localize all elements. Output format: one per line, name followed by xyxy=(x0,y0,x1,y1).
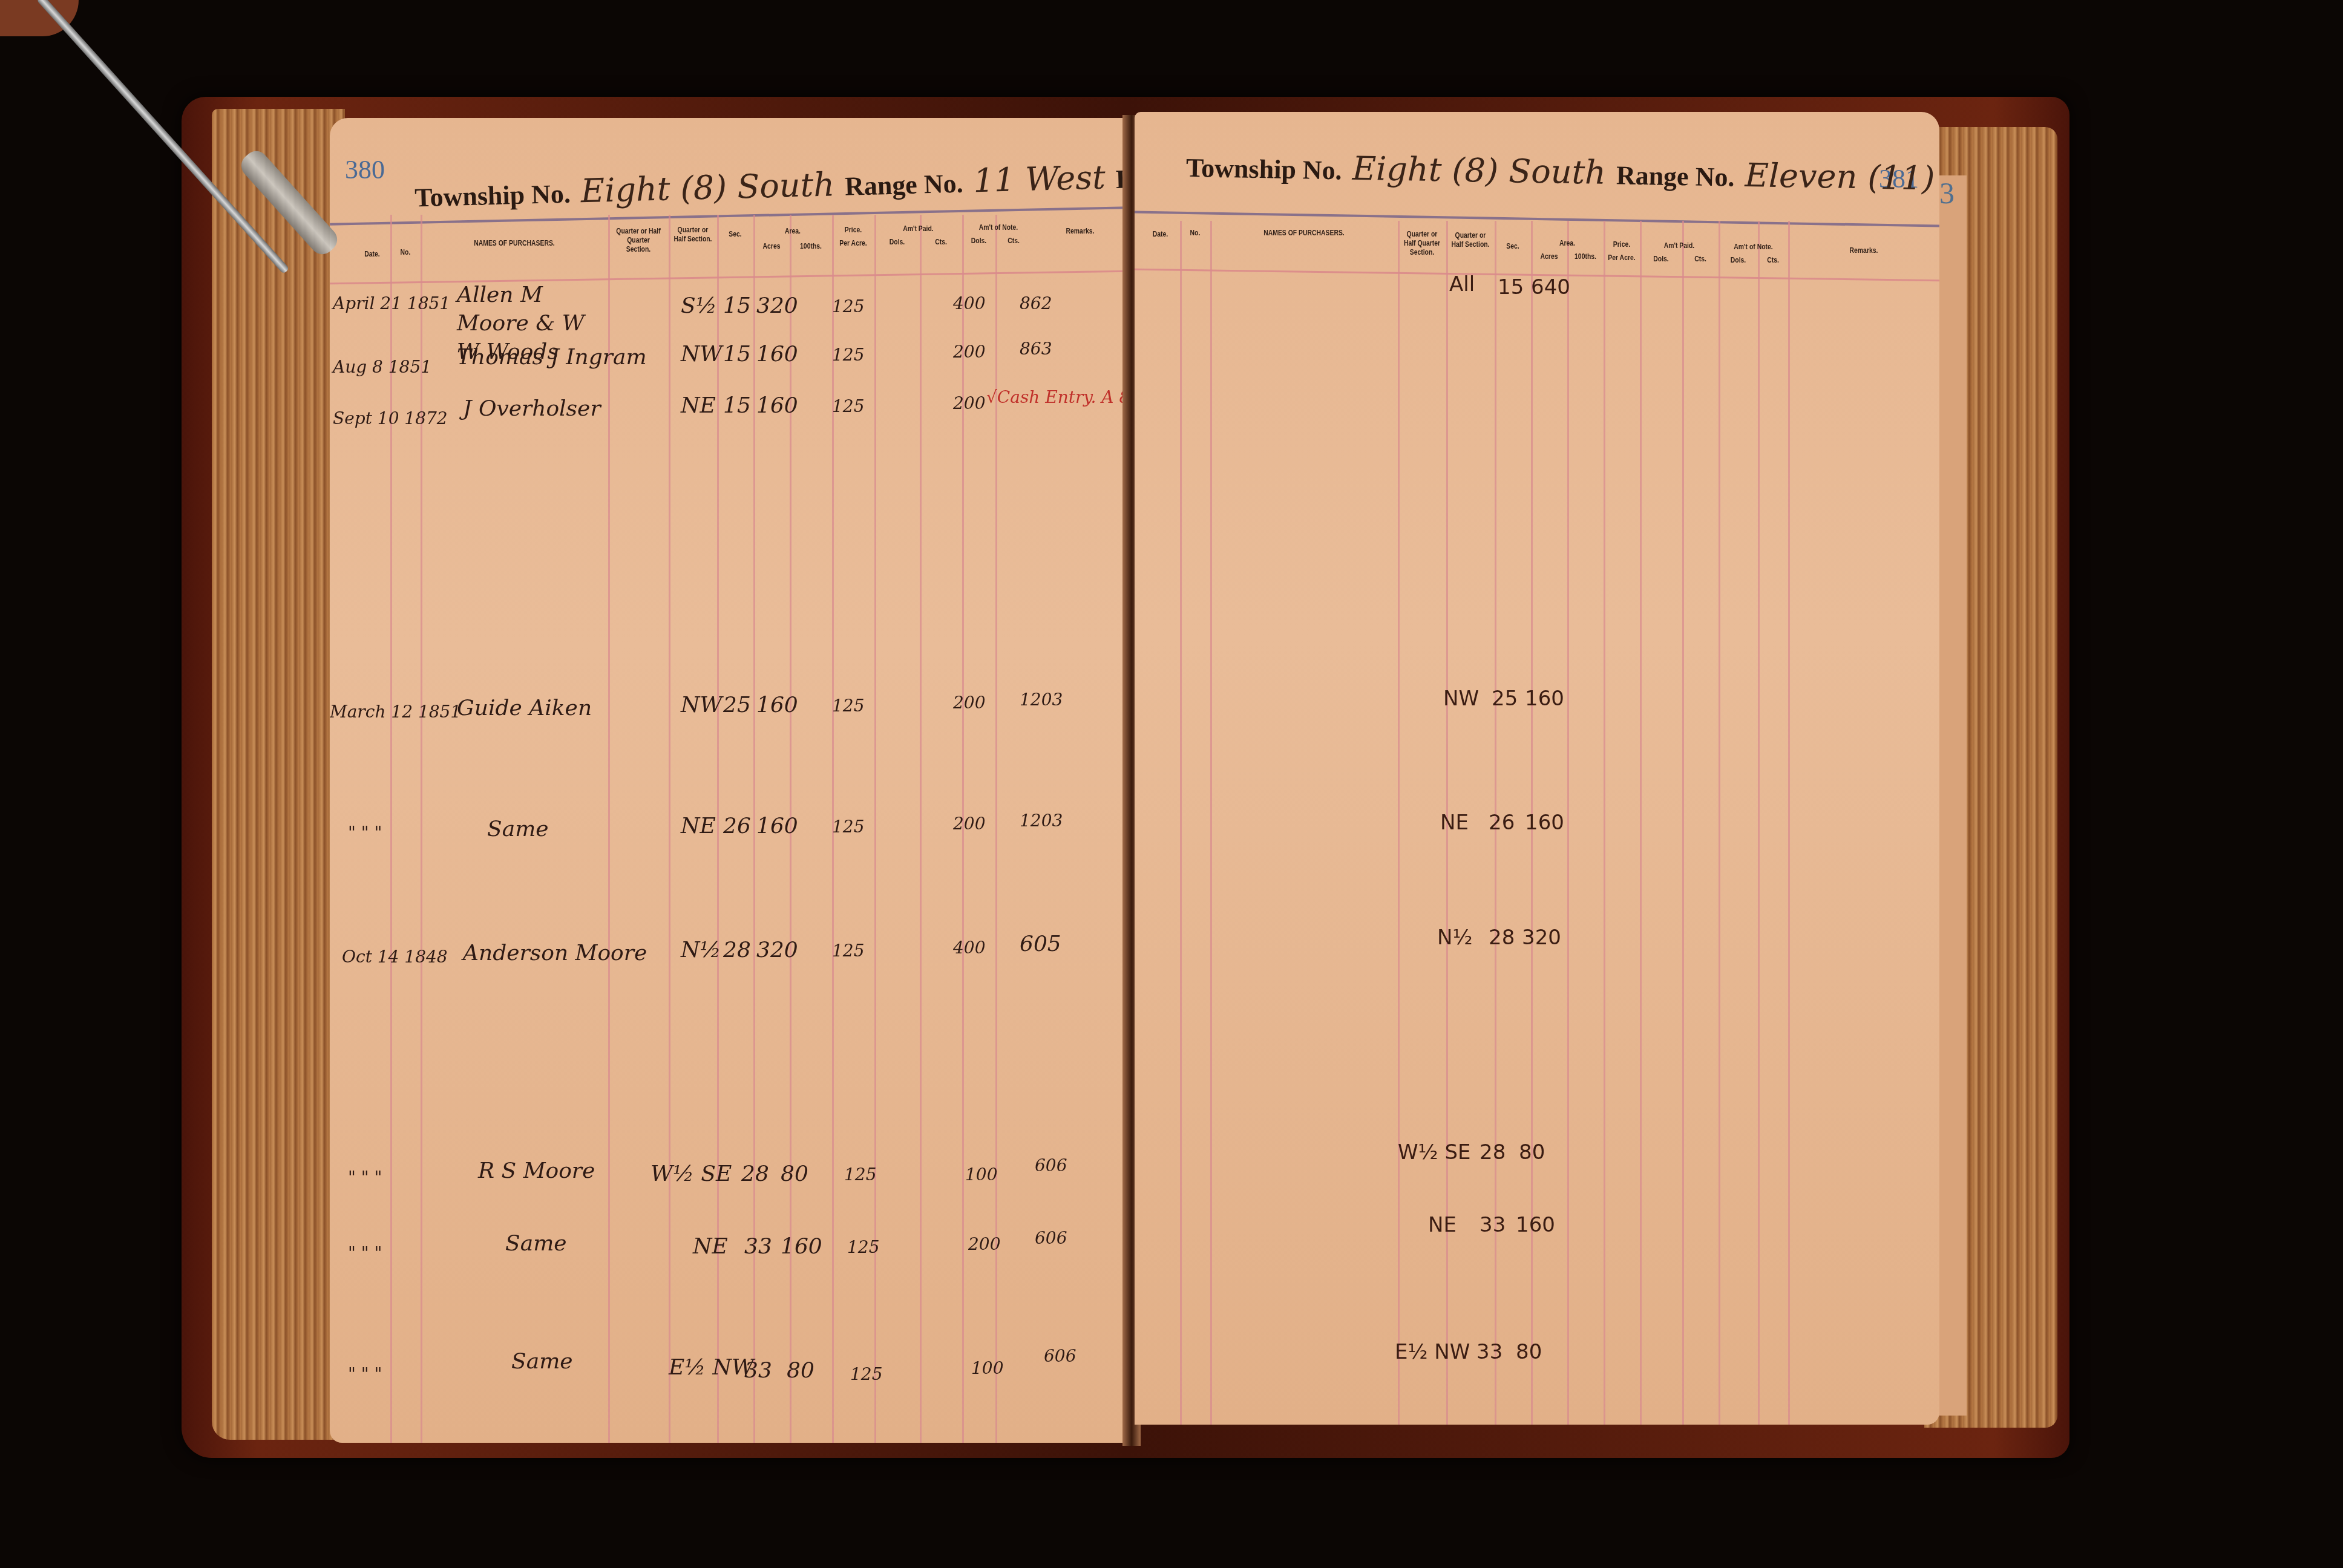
page-number: 380 xyxy=(345,154,385,185)
column-header-paid-dols: Dols. xyxy=(879,238,916,247)
entry-name: Anderson Moore xyxy=(463,941,647,965)
entry-acres: 160 xyxy=(756,342,798,367)
entry-note: 200 xyxy=(953,393,985,413)
entry-price: 125 xyxy=(832,696,864,716)
entry-price: 125 xyxy=(847,1237,879,1257)
entry-sec: 28 xyxy=(1489,926,1515,950)
entry-part: NE xyxy=(681,393,716,418)
entry-note: 400 xyxy=(953,293,985,313)
entry-part: E½ NW xyxy=(669,1355,754,1380)
entry-price: 125 xyxy=(850,1364,882,1384)
column-header-qh: Quarter or Half Section. xyxy=(673,226,712,244)
entry-name: Guide Aiken xyxy=(457,696,592,720)
column-header-paid-dols: Dols. xyxy=(1644,255,1678,264)
column-header-sec: Sec. xyxy=(721,230,750,239)
column-header-price: Price. xyxy=(836,226,870,235)
entry-acres: 160 xyxy=(1525,687,1564,711)
page-edges-left xyxy=(212,109,345,1440)
column-header-acres: Acres xyxy=(757,242,786,251)
entry-date: " " " xyxy=(348,1243,382,1263)
entry-note: 200 xyxy=(968,1234,1000,1254)
column-header-qhq: Quarter or Half Quarter Section. xyxy=(1403,230,1441,257)
column-header-note-dols: Dols. xyxy=(1723,256,1754,265)
entry-sec: 33 xyxy=(1476,1340,1502,1364)
column-header-area: Area. xyxy=(1538,239,1596,248)
entry-acres: 80 xyxy=(1516,1340,1542,1364)
entry-sec: 25 xyxy=(1492,687,1518,711)
entry-remarks: 606 xyxy=(1035,1228,1067,1248)
entry-part: NW xyxy=(681,342,723,367)
right-page: 381 Township No. Eight (8) South Range N… xyxy=(1135,112,1939,1425)
column-header-note-cts: Cts. xyxy=(999,237,1028,246)
column-header-note-cts: Cts. xyxy=(1761,256,1785,265)
entry-acres: 160 xyxy=(781,1234,822,1259)
column-header-amt-paid: Am't Paid. xyxy=(1648,241,1711,250)
column-header-names: NAMES OF PURCHASERS. xyxy=(439,239,589,248)
township-label: Township No. xyxy=(415,179,571,213)
column-header-100ths: 100ths. xyxy=(794,242,828,251)
column-header-names: NAMES OF PURCHASERS. xyxy=(1229,229,1379,238)
entry-sec: 33 xyxy=(744,1358,772,1383)
entry-part: E½ NW xyxy=(1395,1340,1470,1364)
entry-date: " " " xyxy=(348,1168,382,1187)
entry-date: Sept 10 1872 xyxy=(333,408,448,428)
entry-sec: 33 xyxy=(1480,1213,1506,1237)
next-page-edge xyxy=(1936,175,1967,1416)
page-title: Township No. Eight (8) South Range No. 1… xyxy=(414,157,1129,215)
entry-note: 200 xyxy=(953,814,985,834)
column-divider xyxy=(1604,221,1605,1425)
column-divider xyxy=(1567,221,1569,1425)
column-header-no: No. xyxy=(1183,229,1207,238)
column-divider xyxy=(1210,221,1212,1425)
header-rule xyxy=(1135,211,1939,227)
entry-date: " " " xyxy=(348,1364,382,1384)
entry-note: 400 xyxy=(953,938,985,958)
entry-remarks: 862 xyxy=(1020,293,1052,313)
entry-part: W½ SE xyxy=(1398,1140,1470,1165)
entry-part: NE xyxy=(1428,1213,1457,1237)
entry-remarks: 606 xyxy=(1035,1155,1067,1175)
entry-acres: 160 xyxy=(1525,811,1564,835)
column-divider xyxy=(608,215,610,1443)
entry-note: 100 xyxy=(971,1358,1003,1378)
column-divider xyxy=(421,215,422,1443)
entry-name: Same xyxy=(487,817,549,841)
entry-price: 125 xyxy=(832,396,864,416)
entry-acres: 640 xyxy=(1531,275,1570,299)
entry-note: 200 xyxy=(953,693,985,713)
column-divider xyxy=(1719,221,1720,1425)
entry-part: S½ xyxy=(681,293,717,318)
entry-note: 100 xyxy=(965,1165,997,1184)
entry-price: 125 xyxy=(832,296,864,316)
column-header-date: Date. xyxy=(1145,230,1176,239)
column-header-amt-note: Am't of Note. xyxy=(1726,243,1781,252)
entry-part: All xyxy=(1449,272,1475,296)
entry-acres: 160 xyxy=(756,693,798,717)
entry-name: Same xyxy=(505,1231,567,1256)
page-title: Township No. Eight (8) South Range No. E… xyxy=(1186,146,1939,200)
entry-price: 125 xyxy=(832,941,864,961)
column-header-no: No. xyxy=(393,248,418,257)
entry-name: Same xyxy=(511,1349,573,1374)
entry-acres: 160 xyxy=(756,393,798,418)
entry-date: Oct 14 1848 xyxy=(342,947,448,967)
entry-sec: 28 xyxy=(741,1161,769,1186)
entry-note: 200 xyxy=(953,342,985,362)
entry-sec: 28 xyxy=(723,938,751,962)
entry-part: N½ xyxy=(681,938,721,962)
column-header-amt-paid: Am't Paid. xyxy=(883,224,954,234)
column-divider xyxy=(1640,221,1642,1425)
entry-remarks: 863 xyxy=(1020,339,1052,359)
column-header-per-acre: Per Acre. xyxy=(836,239,870,248)
entry-part: NW xyxy=(1443,687,1479,711)
column-header-qhq: Quarter or Half Quarter Section. xyxy=(614,227,663,254)
range-value: 11 West xyxy=(973,158,1106,200)
entry-part: NE xyxy=(693,1234,728,1259)
column-header-note-dols: Dols. xyxy=(966,237,992,246)
column-header-amt-note: Am't of Note. xyxy=(969,223,1027,232)
entry-acres: 80 xyxy=(787,1358,814,1383)
entry-date: Aug 8 1851 xyxy=(333,357,431,377)
entry-remarks: 1203 xyxy=(1020,811,1063,831)
entry-date: April 21 1851 xyxy=(333,293,450,313)
column-header-remarks: Remarks. xyxy=(1803,246,1924,255)
entry-name: Thomas J Ingram xyxy=(457,345,647,370)
entry-acres: 80 xyxy=(1519,1140,1545,1165)
column-divider xyxy=(874,215,876,1443)
column-divider xyxy=(1758,221,1760,1425)
entry-sec: 26 xyxy=(723,814,751,838)
entry-sec: 26 xyxy=(1489,811,1515,835)
column-header-qh: Quarter or Half Section. xyxy=(1451,231,1490,249)
range-value: Eleven (11) xyxy=(1745,156,1935,197)
column-header-acres: Acres xyxy=(1535,252,1564,261)
entry-name: R S Moore xyxy=(478,1158,595,1183)
column-divider xyxy=(1682,221,1684,1425)
column-divider xyxy=(390,215,392,1443)
entry-part: W½ SE xyxy=(650,1161,732,1186)
column-divider xyxy=(1180,221,1182,1425)
range-label: Range No. xyxy=(844,169,963,201)
township-value: Eight (8) South xyxy=(1352,149,1606,192)
column-divider xyxy=(920,215,922,1443)
entry-sec: 25 xyxy=(723,693,751,717)
entry-remarks: 1203 xyxy=(1020,690,1063,710)
column-header-paid-cts: Cts. xyxy=(1686,255,1715,264)
entry-sec: 15 xyxy=(723,393,751,418)
column-divider xyxy=(669,215,670,1443)
column-header-remarks: Remarks. xyxy=(1041,227,1119,236)
range-label: Range No. xyxy=(1616,160,1734,192)
entry-remarks: 606 xyxy=(1044,1346,1076,1366)
column-header-per-acre: Per Acre. xyxy=(1607,253,1636,263)
entry-acres: 160 xyxy=(756,814,798,838)
entry-acres: 320 xyxy=(756,938,798,962)
column-header-price: Price. xyxy=(1607,240,1636,249)
entry-sec: 15 xyxy=(723,293,751,318)
column-divider xyxy=(1788,221,1790,1425)
column-header-100ths: 100ths. xyxy=(1571,252,1600,261)
entry-acres: 80 xyxy=(781,1161,808,1186)
entry-date: " " " xyxy=(348,823,382,843)
entry-sec: 15 xyxy=(1498,275,1524,299)
column-header-date: Date. xyxy=(358,250,387,259)
entry-part: NE xyxy=(1440,811,1469,835)
entry-sec: 15 xyxy=(723,342,751,367)
township-label: Township No. xyxy=(1186,153,1342,185)
entry-date: March 12 1851 xyxy=(330,702,461,722)
entry-part: NW xyxy=(681,693,723,717)
header-bottom-rule xyxy=(330,270,1129,285)
entry-name: J Overholser xyxy=(463,396,601,421)
column-divider xyxy=(1398,221,1400,1425)
entry-price: 125 xyxy=(844,1165,876,1184)
entry-sec: 33 xyxy=(744,1234,772,1259)
left-page: 380 Township No. Eight (8) South Range N… xyxy=(330,118,1129,1443)
entry-sec: 28 xyxy=(1480,1140,1506,1165)
next-page-number: 3 xyxy=(1939,175,1955,211)
column-header-sec: Sec. xyxy=(1498,242,1527,251)
entry-acres: 320 xyxy=(756,293,798,318)
entry-acres: 160 xyxy=(1516,1213,1555,1237)
entry-part: NE xyxy=(681,814,716,838)
column-header-area: Area. xyxy=(761,227,824,236)
entry-price: 125 xyxy=(832,345,864,365)
township-value: Eight (8) South xyxy=(580,165,835,210)
entry-price: 125 xyxy=(832,817,864,837)
entry-remarks: 605 xyxy=(1020,932,1061,956)
entry-part: N½ xyxy=(1437,926,1472,950)
entry-remarks-red: √Cash Entry. A 896. xyxy=(986,387,1129,407)
column-header-paid-cts: Cts. xyxy=(924,238,958,247)
entry-acres: 320 xyxy=(1522,926,1561,950)
